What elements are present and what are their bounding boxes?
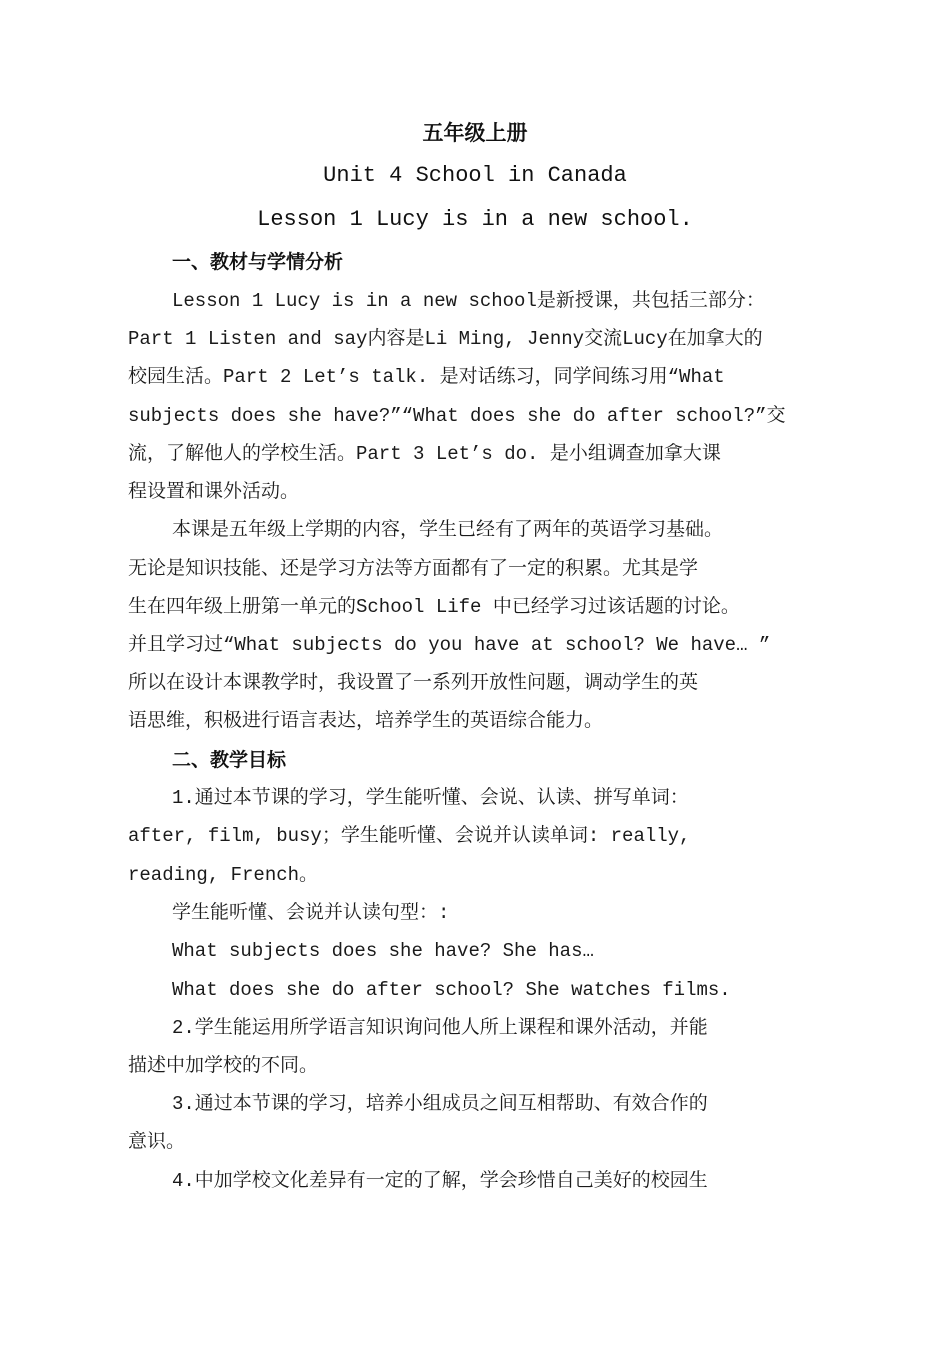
sentence-intro: 学生能听懂、会说并认读句型：: — [172, 901, 449, 925]
paragraph-line: 无论是知识技能、还是学习方法等方面都有了一定的积累。尤其是学 — [128, 557, 698, 581]
paragraph-line: subjects does she have?”“What does she d… — [128, 404, 786, 428]
paragraph-line: 本课是五年级上学期的内容，学生已经有了两年的英语学习基础。 — [172, 518, 723, 542]
unit-title: Unit 4 School in Canada — [0, 164, 950, 188]
goal-line: reading, French。 — [128, 863, 318, 887]
goal-line: 3.通过本节课的学习，培养小组成员之间互相帮助、有效合作的 — [172, 1092, 708, 1116]
paragraph-line: Part 1 Listen and say内容是Li Ming, Jenny交流… — [128, 327, 763, 351]
paragraph-line: 所以在设计本课教学时，我设置了一系列开放性问题，调动学生的英 — [128, 671, 698, 695]
paragraph-line: 程设置和课外活动。 — [128, 480, 299, 504]
paragraph-line: Lesson 1 Lucy is in a new school是新授课，共包括… — [172, 289, 765, 313]
document-page: 五年级上册 Unit 4 School in Canada Lesson 1 L… — [0, 0, 950, 1346]
grade-title: 五年级上册 — [0, 121, 950, 145]
goal-line: after, film, busy；学生能听懂、会说并认读单词: really, — [128, 824, 690, 848]
goal-line: 意识。 — [128, 1130, 185, 1154]
paragraph-line: 校园生活。Part 2 Let’s talk. 是对话练习，同学间练习用“Wha… — [128, 365, 725, 389]
paragraph-line: 流，了解他人的学校生活。Part 3 Let’s do. 是小组调查加拿大课 — [128, 442, 721, 466]
paragraph-line: 语思维，积极进行语言表达，培养学生的英语综合能力。 — [128, 709, 603, 733]
section-heading-analysis: 一、教材与学情分析 — [172, 250, 343, 274]
sentence-pattern: What subjects does she have? She has… — [172, 939, 594, 963]
goal-line: 4.中加学校文化差异有一定的了解，学会珍惜自己美好的校园生 — [172, 1169, 708, 1193]
goal-line: 1.通过本节课的学习，学生能听懂、会说、认读、拼写单词： — [172, 786, 689, 810]
paragraph-line: 生在四年级上册第一单元的School Life 中已经学习过该话题的讨论。 — [128, 595, 740, 619]
paragraph-line: 并且学习过“What subjects do you have at schoo… — [128, 633, 770, 657]
goal-line: 2.学生能运用所学语言知识询问他人所上课程和课外活动，并能 — [172, 1016, 708, 1040]
section-heading-objectives: 二、教学目标 — [172, 748, 286, 772]
lesson-title: Lesson 1 Lucy is in a new school. — [0, 208, 950, 232]
goal-line: 描述中加学校的不同。 — [128, 1054, 318, 1078]
sentence-pattern: What does she do after school? She watch… — [172, 978, 731, 1002]
